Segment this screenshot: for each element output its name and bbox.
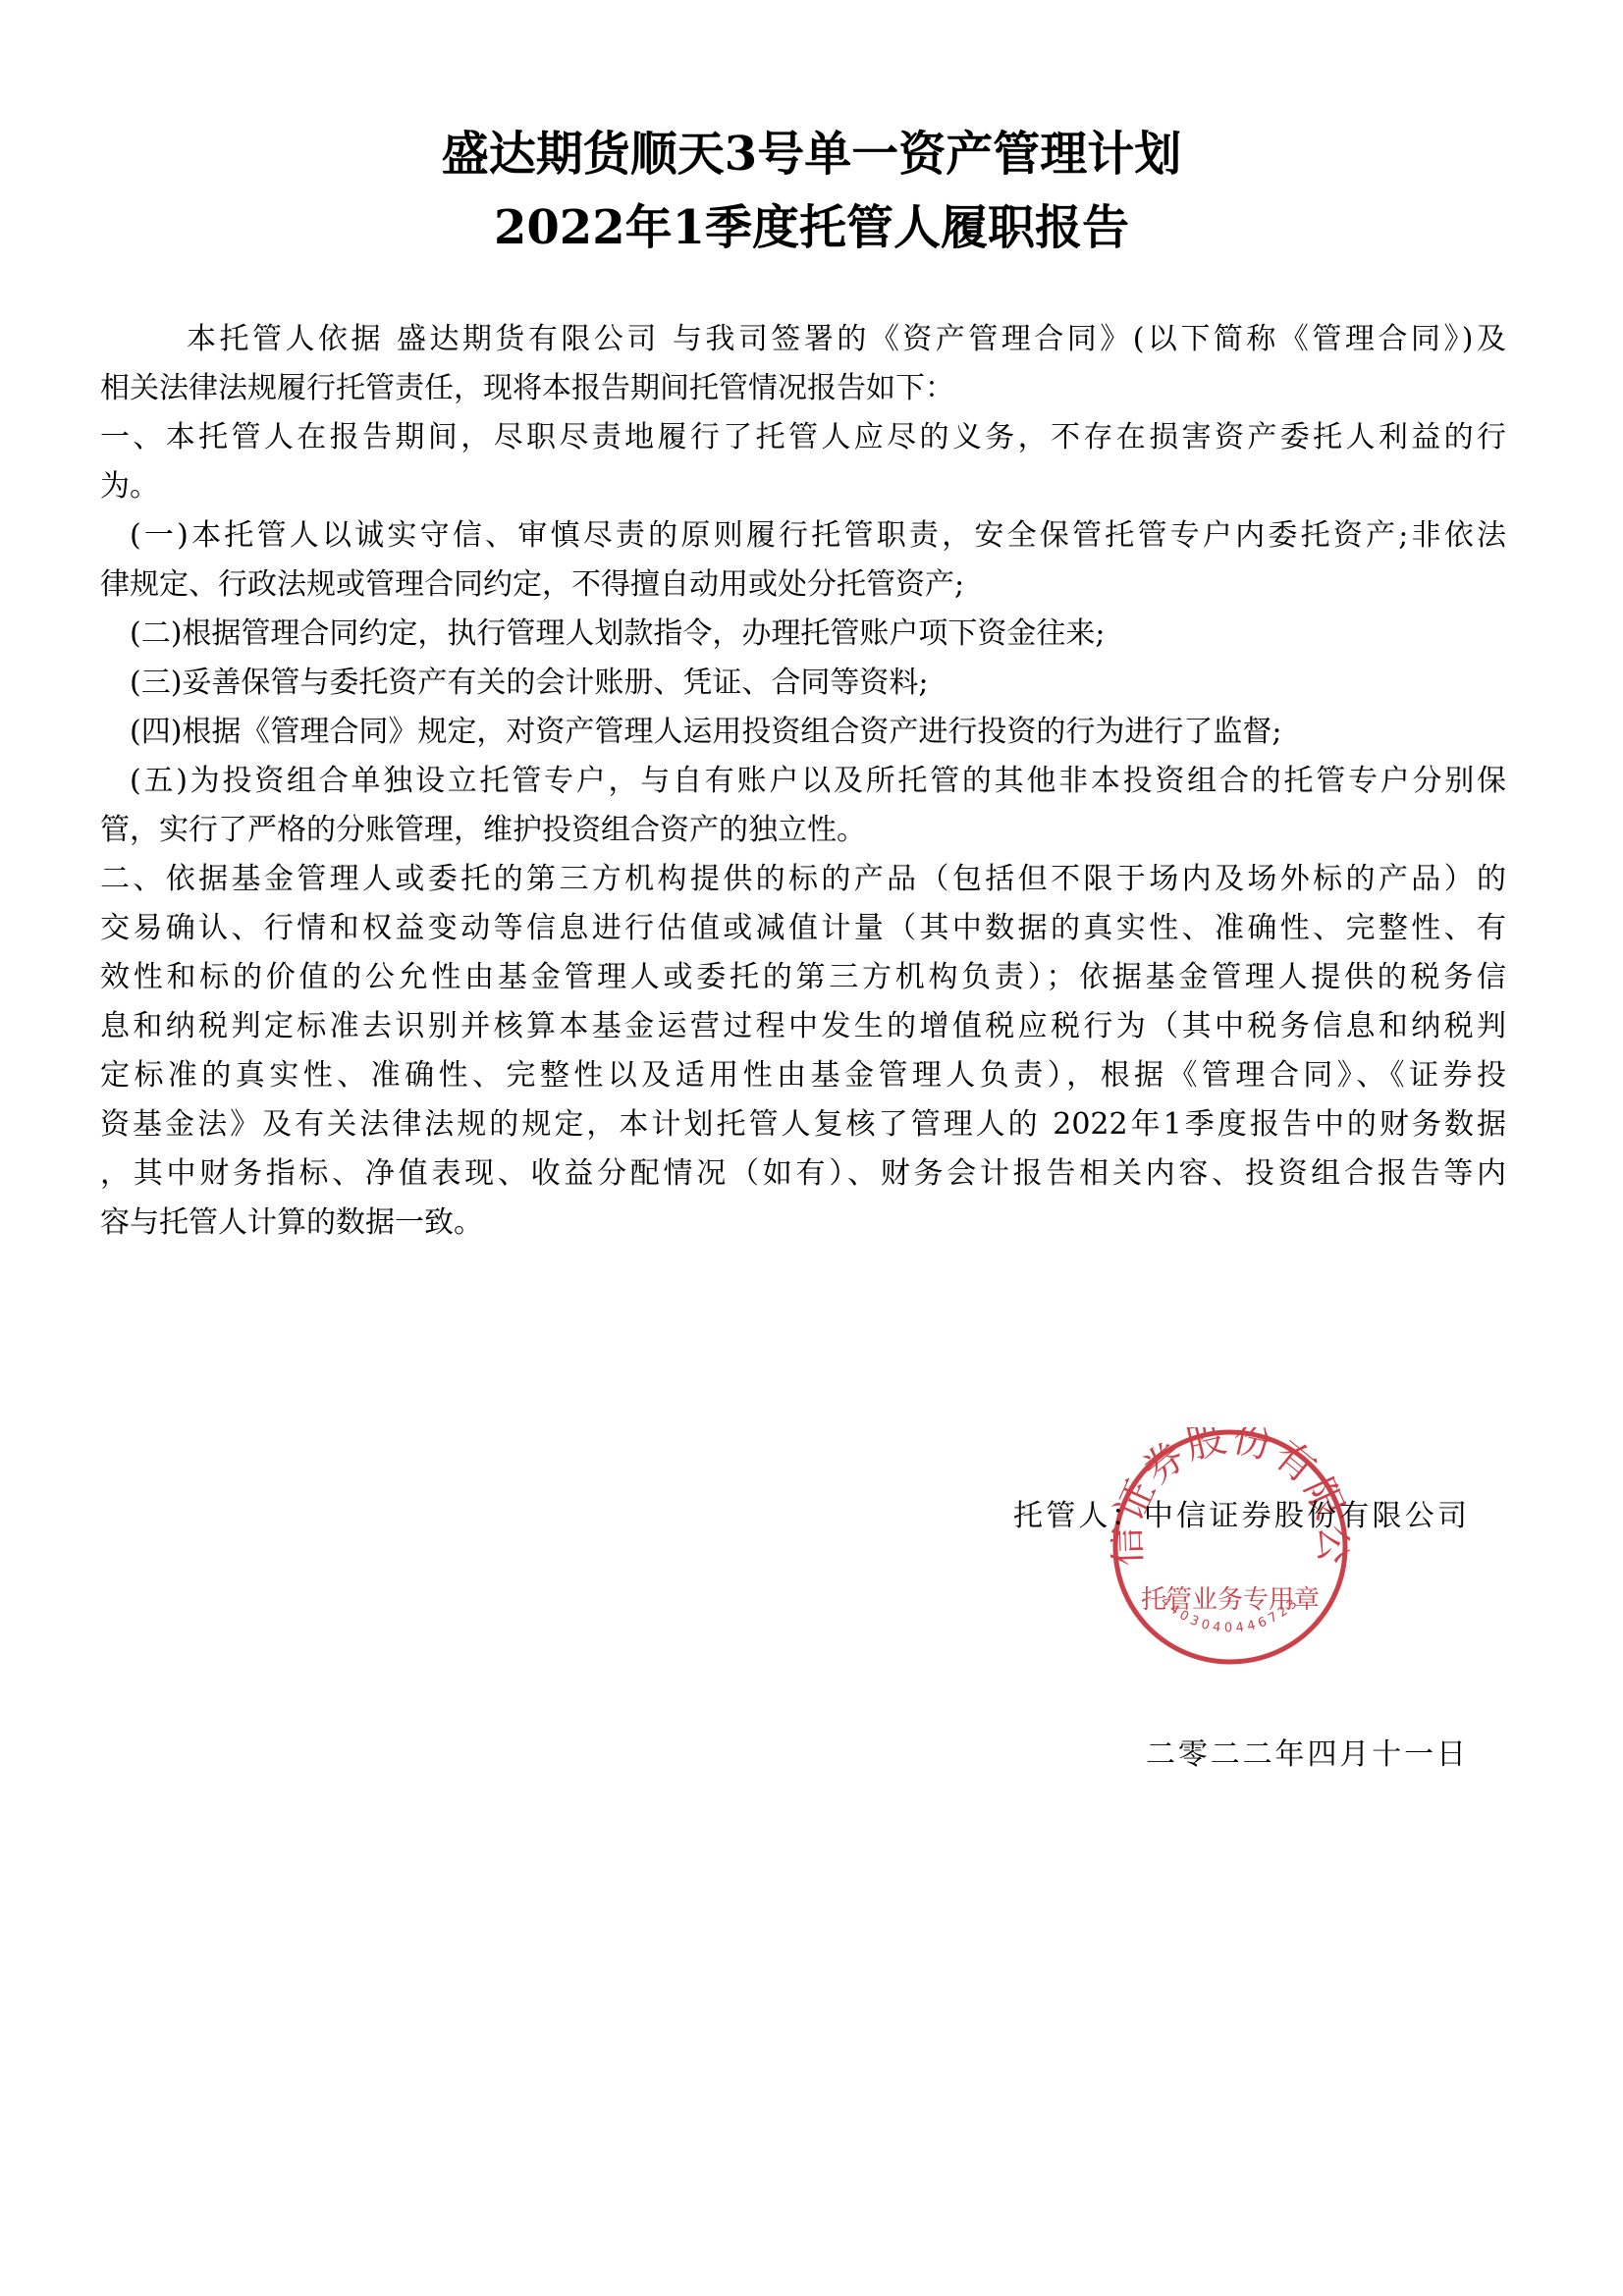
body-text-line: 资基金法》及有关法律法规的规定，本计划托管人复核了管理人的 2022年1季度报告… bbox=[100, 1100, 1506, 1149]
body-text-line: (一)本托管人以诚实守信、审慎尽责的原则履行托管职责，安全保管托管专户内委托资产… bbox=[130, 511, 1506, 561]
custodian-seal-stamp: 中信证券股份有限公司 托管业务专用章 4403040446723 bbox=[1110, 1427, 1350, 1667]
body-text-line: 二、依据基金管理人或委托的第三方机构提供的标的产品（包括但不限于场内及场外标的产… bbox=[100, 855, 1506, 904]
body-text-line: (二)根据管理合同约定，执行管理人划款指令，办理托管账户项下资金往来; bbox=[130, 610, 1506, 659]
report-date: 二零二二年四月十一日 bbox=[1146, 1731, 1466, 1780]
body-text-line: 为。 bbox=[100, 462, 1506, 511]
body-text-line: (五)为投资组合单独设立托管专户，与自有账户以及所托管的其他非本投资组合的托管专… bbox=[130, 757, 1506, 806]
body-text-line: 律规定、行政法规或管理合同约定，不得擅自动用或处分托管资产; bbox=[100, 561, 1506, 610]
body-text-line: (三)妥善保管与委托资产有关的会计账册、凭证、合同等资料; bbox=[130, 659, 1506, 708]
custodian-signature: 托管人：中信证券股份有限公司 bbox=[1013, 1492, 1467, 1541]
body-text-line: 交易确认、行情和权益变动等信息进行估值或减值计量（其中数据的真实性、准确性、完整… bbox=[100, 904, 1506, 953]
body-text-line: 效性和标的价值的公允性由基金管理人或委托的第三方机构负责）；依据基金管理人提供的… bbox=[100, 953, 1506, 1002]
body-text-line: 本托管人依据 盛达期货有限公司 与我司签署的《资产管理合同》(以下简称《管理合同… bbox=[187, 315, 1506, 364]
body-text-line: 容与托管人计算的数据一致。 bbox=[100, 1199, 1506, 1248]
body-text-line: 一、本托管人在报告期间，尽职尽责地履行了托管人应尽的义务，不存在损害资产委托人利… bbox=[100, 413, 1506, 462]
body-text-line: 相关法律法规履行托管责任，现将本报告期间托管情况报告如下： bbox=[100, 364, 1506, 413]
body-text-line: 定标准的真实性、准确性、完整性以及适用性由基金管理人负责），根据《管理合同》、《… bbox=[100, 1051, 1506, 1100]
document-title-line1: 盛达期货顺天3号单一资产管理计划 bbox=[0, 125, 1623, 184]
body-text-line: (四)根据《管理合同》规定，对资产管理人运用投资组合资产进行投资的行为进行了监督… bbox=[130, 708, 1506, 757]
body-text-line: 息和纳税判定标准去识别并核算本基金运营过程中发生的增值税应税行为（其中税务信息和… bbox=[100, 1002, 1506, 1051]
document-title-line2: 2022年1季度托管人履职报告 bbox=[0, 198, 1623, 257]
document-page: 盛达期货顺天3号单一资产管理计划 2022年1季度托管人履职报告 本托管人依据 … bbox=[0, 0, 1623, 2296]
body-text-line: 管，实行了严格的分账管理，维护投资组合资产的独立性。 bbox=[100, 806, 1506, 855]
body-text-line: ，其中财务指标、净值表现、收益分配情况（如有）、财务会计报告相关内容、投资组合报… bbox=[100, 1149, 1506, 1199]
